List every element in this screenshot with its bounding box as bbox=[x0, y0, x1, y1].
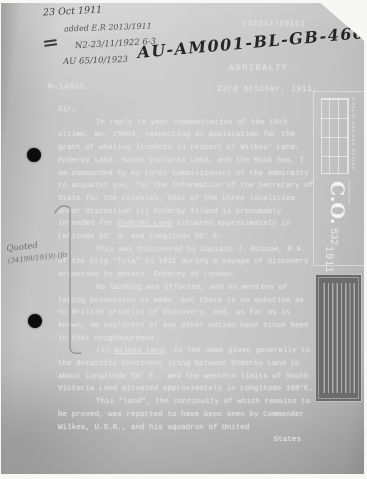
pencil-bracket-mark bbox=[49, 199, 89, 364]
punch-hole-bottom bbox=[28, 314, 42, 328]
salutation: Sir, bbox=[58, 104, 315, 117]
paragraph-4: (2) Wilkes Land, is the name given gener… bbox=[58, 345, 315, 396]
registry-number: (34247/1911) bbox=[242, 20, 306, 29]
pro-stamp-reference-value: C.O.532 bbox=[327, 181, 346, 245]
illegible-stamp-text bbox=[322, 283, 355, 393]
pro-stamp-grid-section: PUBLIC RECORD OFFICE bbox=[322, 98, 357, 174]
pro-stamp-table-grid bbox=[322, 98, 350, 174]
paragraph-1-text: In reply to your communication of the 19… bbox=[58, 119, 313, 229]
paragraph-4-start: (2) bbox=[96, 347, 114, 355]
paragraph-1: In reply to your communication of the 19… bbox=[58, 117, 315, 244]
document-page: 23 Oct 1911 added E.R 2013/1911 N2-23/11… bbox=[1, 3, 364, 474]
underlined-wilkes-land: Wilkes Land bbox=[114, 347, 164, 355]
pro-stamp-title: PUBLIC RECORD OFFICE bbox=[352, 98, 357, 174]
handwritten-date-note: 23 Oct 1911 bbox=[43, 4, 103, 18]
handwritten-file-note-2: AU 65/10/1923 bbox=[63, 55, 128, 67]
public-record-office-stamp: PUBLIC RECORD OFFICE Reference:- C.O.532 bbox=[313, 91, 365, 266]
pro-stamp-series: C.O. bbox=[327, 181, 346, 224]
letter-body: Sir, In reply to your communication of t… bbox=[58, 104, 315, 447]
department-name: ADMIRALTY. bbox=[229, 63, 295, 73]
paragraph-5: This "land", the continuity of which rem… bbox=[58, 396, 315, 434]
branch-reference: M-14855. bbox=[48, 83, 90, 92]
dark-copyright-stamp bbox=[315, 274, 362, 402]
pro-stamp-reference-section: Reference:- C.O.532 bbox=[327, 181, 351, 245]
pro-stamp-piece-number: 532 bbox=[328, 228, 338, 245]
pencil-equals-mark bbox=[44, 39, 58, 47]
handwritten-added-note: added E.R 2013/1911 bbox=[64, 21, 152, 33]
scanned-document: 23 Oct 1911 added E.R 2013/1911 N2-23/11… bbox=[0, 0, 367, 479]
catchword: States bbox=[58, 434, 315, 447]
paragraph-2: This was discovered by Captain J. Biscoe… bbox=[58, 244, 315, 282]
paragraph-3: No landing was effected, and no mention … bbox=[58, 282, 315, 346]
letter-date: 23rd October, 1911. bbox=[217, 85, 318, 94]
punch-hole-top bbox=[27, 148, 41, 162]
underlined-enderby-land: Enderby Land bbox=[117, 220, 172, 228]
